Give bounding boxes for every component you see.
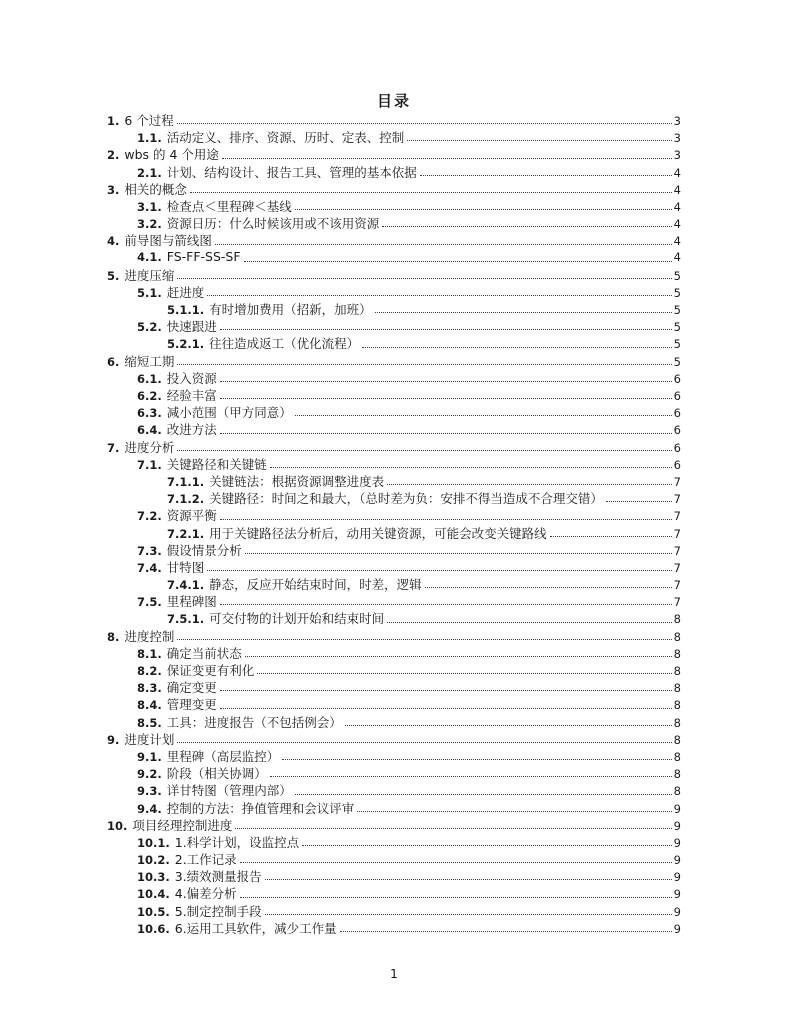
toc-entry-page: 3 xyxy=(674,148,681,162)
toc-entry-text: 进度压缩 xyxy=(124,266,174,284)
toc-leader-dots xyxy=(245,656,672,657)
toc-entry-number: 8.3. xyxy=(137,681,162,695)
toc-entry[interactable]: 9.1.里程碑（高层监控）8 xyxy=(107,747,681,764)
toc-leader-dots xyxy=(220,604,672,605)
toc-entry-number: 6.4. xyxy=(137,423,162,437)
toc-entry-number: 6.3. xyxy=(137,406,162,420)
toc-entry-page: 7 xyxy=(674,578,681,592)
toc-entry-page: 9 xyxy=(674,802,681,816)
toc-entry-page: 4 xyxy=(674,217,681,231)
toc-entry-number: 2.1. xyxy=(137,166,162,180)
toc-entry-page: 7 xyxy=(674,561,681,575)
toc-entry-page: 6 xyxy=(674,458,681,472)
toc-entry-page: 8 xyxy=(674,647,681,661)
toc-entry-number: 7.2. xyxy=(137,509,162,523)
toc-entry-page: 6 xyxy=(674,406,681,420)
toc-entry-number: 10.2. xyxy=(137,853,170,867)
toc-entry-number: 7. xyxy=(107,441,119,455)
toc-entry-number: 10.5. xyxy=(137,905,170,919)
toc-entry-text: 进度控制 xyxy=(124,627,174,645)
toc-title: 目录 xyxy=(107,90,681,111)
toc-entry-number: 1.1. xyxy=(137,131,162,145)
toc-leader-dots xyxy=(177,639,671,640)
toc-entry-page: 8 xyxy=(674,733,681,747)
toc-leader-dots xyxy=(215,244,672,245)
toc-entry[interactable]: 10.2.2.工作记录9 xyxy=(107,850,681,867)
toc-entry[interactable]: 5.2.1.往往造成返工（优化流程）5 xyxy=(107,334,681,351)
toc-entry[interactable]: 9.进度计划8 xyxy=(107,730,681,747)
toc-entry[interactable]: 10.6.6.运用工具软件，减少工作量9 xyxy=(107,919,681,936)
toc-entry-text: 关键路径：时间之和最大，（总时差为负：安排不得当造成不合理交错） xyxy=(209,489,603,507)
toc-entry-number: 4. xyxy=(107,234,119,248)
toc-entry[interactable]: 7.4.甘特图7 xyxy=(107,558,681,575)
toc-entry[interactable]: 7.1.2.关键路径：时间之和最大，（总时差为负：安排不得当造成不合理交错）7 xyxy=(107,489,681,506)
toc-entry-number: 5.1.1. xyxy=(167,303,204,317)
toc-entry-page: 7 xyxy=(674,595,681,609)
toc-list: 1.6 个过程31.1.活动定义、排序、资源、历时、定表、控制32.wbs 的 … xyxy=(107,111,681,936)
toc-entry-number: 6.1. xyxy=(137,372,162,386)
toc-entry[interactable]: 4.1.FS-FF-SS-SF4 xyxy=(107,249,681,266)
toc-entry[interactable]: 8.1.确定当前状态8 xyxy=(107,644,681,661)
toc-leader-dots xyxy=(220,398,672,399)
toc-entry-page: 7 xyxy=(674,544,681,558)
toc-entry[interactable]: 1.6 个过程3 xyxy=(107,111,681,128)
toc-entry-text: 确定变更 xyxy=(167,678,217,696)
toc-entry-page: 5 xyxy=(674,337,681,351)
toc-entry[interactable]: 7.1.1.关键链法：根据资源调整进度表7 xyxy=(107,472,681,489)
toc-entry[interactable]: 5.1.1.有时增加费用（招新，加班）5 xyxy=(107,300,681,317)
toc-entry-number: 7.3. xyxy=(137,544,162,558)
toc-leader-dots xyxy=(177,742,671,743)
toc-leader-dots xyxy=(295,209,672,210)
toc-entry-text: 活动定义、排序、资源、历时、定表、控制 xyxy=(167,128,405,146)
toc-entry-page: 9 xyxy=(674,853,681,867)
toc-leader-dots xyxy=(177,450,671,451)
toc-entry-number: 9. xyxy=(107,733,119,747)
toc-entry-number: 5. xyxy=(107,269,119,283)
toc-entry-text: 里程碑图 xyxy=(167,592,217,610)
toc-leader-dots xyxy=(425,587,672,588)
toc-entry[interactable]: 10.项目经理控制进度9 xyxy=(107,816,681,833)
toc-entry-text: 4.偏差分析 xyxy=(175,884,237,902)
toc-entry-text: 进度计划 xyxy=(124,730,174,748)
toc-entry-number: 10.1. xyxy=(137,836,170,850)
toc-entry[interactable]: 6.4.改进方法6 xyxy=(107,420,681,437)
toc-entry[interactable]: 9.4.控制的方法：挣值管理和会议评审9 xyxy=(107,799,681,816)
toc-leader-dots xyxy=(550,536,672,537)
toc-entry[interactable]: 6.1.投入资源6 xyxy=(107,369,681,386)
toc-entry-text: 检查点＜里程碑＜基线 xyxy=(167,197,292,215)
toc-entry[interactable]: 1.1.活动定义、排序、资源、历时、定表、控制3 xyxy=(107,128,681,145)
toc-entry[interactable]: 8.进度控制8 xyxy=(107,627,681,644)
toc-leader-dots xyxy=(345,725,672,726)
toc-leader-dots xyxy=(177,364,671,365)
toc-entry-text: 管理变更 xyxy=(167,695,217,713)
toc-entry-number: 9.3. xyxy=(137,784,162,798)
toc-entry-page: 5 xyxy=(674,303,681,317)
toc-entry-page: 7 xyxy=(674,492,681,506)
toc-entry-number: 5.1. xyxy=(137,286,162,300)
toc-leader-dots xyxy=(220,519,672,520)
toc-entry-text: 投入资源 xyxy=(167,369,217,387)
toc-entry-text: 相关的概念 xyxy=(124,180,187,198)
toc-leader-dots xyxy=(295,415,672,416)
toc-entry-page: 8 xyxy=(674,612,681,626)
toc-entry-page: 9 xyxy=(674,905,681,919)
toc-entry[interactable]: 6.2.经验丰富6 xyxy=(107,386,681,403)
toc-entry[interactable]: 8.5.工具：进度报告（不包括例会）8 xyxy=(107,713,681,730)
toc-entry-text: 详甘特图（管理内部） xyxy=(167,781,292,799)
toc-entry-text: 减小范围（甲方同意） xyxy=(167,403,292,421)
toc-entry-text: wbs 的 4 个用途 xyxy=(124,145,219,163)
toc-entry-number: 8.1. xyxy=(137,647,162,661)
toc-entry-number: 7.4.1. xyxy=(167,578,204,592)
toc-entry-number: 10.6. xyxy=(137,922,170,936)
toc-leader-dots xyxy=(265,914,672,915)
toc-entry-number: 5.2.1. xyxy=(167,337,204,351)
toc-entry-page: 5 xyxy=(674,355,681,369)
toc-leader-dots xyxy=(375,312,672,313)
toc-leader-dots xyxy=(220,690,672,691)
toc-entry[interactable]: 2.wbs 的 4 个用途3 xyxy=(107,145,681,162)
toc-leader-dots xyxy=(207,295,671,296)
toc-entry-text: FS-FF-SS-SF xyxy=(167,249,241,264)
toc-entry[interactable]: 7.进度分析6 xyxy=(107,438,681,455)
toc-entry-page: 8 xyxy=(674,750,681,764)
toc-entry-number: 10. xyxy=(107,819,127,833)
toc-entry-page: 3 xyxy=(674,114,681,128)
toc-leader-dots xyxy=(340,931,672,932)
toc-entry-page: 5 xyxy=(674,320,681,334)
toc-entry[interactable]: 9.3.详甘特图（管理内部）8 xyxy=(107,781,681,798)
toc-entry-page: 9 xyxy=(674,887,681,901)
toc-leader-dots xyxy=(245,553,672,554)
toc-entry-number: 7.5.1. xyxy=(167,612,204,626)
toc-entry[interactable]: 7.2.1.用于关键路径法分析后，动用关键资源，可能会改变关键路线7 xyxy=(107,524,681,541)
toc-entry-text: 缩短工期 xyxy=(124,352,174,370)
toc-entry-page: 8 xyxy=(674,681,681,695)
toc-entry-text: 有时增加费用（招新，加班） xyxy=(209,300,372,318)
toc-entry[interactable]: 2.1.计划、结构设计、报告工具、管理的基本依据4 xyxy=(107,163,681,180)
toc-leader-dots xyxy=(606,501,672,502)
toc-leader-dots xyxy=(387,484,672,485)
toc-entry[interactable]: 9.2.阶段（相关协调）8 xyxy=(107,764,681,781)
toc-entry-text: 关键路径和关键链 xyxy=(167,455,267,473)
toc-entry[interactable]: 8.3.确定变更8 xyxy=(107,678,681,695)
toc-entry-text: 假设情景分析 xyxy=(167,541,242,559)
toc-entry-text: 资源平衡 xyxy=(167,506,217,524)
toc-entry-page: 7 xyxy=(674,527,681,541)
toc-entry-text: 可交付物的计划开始和结束时间 xyxy=(209,609,384,627)
toc-entry[interactable]: 3.2.资源日历：什么时候该用或不该用资源4 xyxy=(107,214,681,231)
toc-entry[interactable]: 7.3.假设情景分析7 xyxy=(107,541,681,558)
toc-leader-dots xyxy=(257,673,671,674)
toc-entry-page: 4 xyxy=(674,234,681,248)
toc-entry-text: 工具：进度报告（不包括例会） xyxy=(167,713,342,731)
toc-leader-dots xyxy=(382,226,671,227)
toc-leader-dots xyxy=(420,175,672,176)
toc-leader-dots xyxy=(270,776,672,777)
toc-entry-page: 6 xyxy=(674,389,681,403)
toc-entry-number: 9.1. xyxy=(137,750,162,764)
toc-leader-dots xyxy=(302,845,671,846)
toc-leader-dots xyxy=(177,278,671,279)
toc-entry[interactable]: 6.3.减小范围（甲方同意）6 xyxy=(107,403,681,420)
toc-entry-number: 8.2. xyxy=(137,664,162,678)
toc-leader-dots xyxy=(240,897,672,898)
toc-entry-text: 2.工作记录 xyxy=(175,850,237,868)
toc-entry-text: 5.制定控制手段 xyxy=(175,902,262,920)
toc-entry-page: 7 xyxy=(674,475,681,489)
toc-entry-text: 往往造成返工（优化流程） xyxy=(209,334,359,352)
toc-leader-dots xyxy=(190,192,672,193)
toc-entry[interactable]: 4.前导图与箭线图4 xyxy=(107,231,681,248)
toc-entry[interactable]: 8.4.管理变更8 xyxy=(107,695,681,712)
toc-entry-text: 用于关键路径法分析后，动用关键资源，可能会改变关键路线 xyxy=(209,524,547,542)
toc-entry-number: 10.3. xyxy=(137,870,170,884)
toc-entry-text: 甘特图 xyxy=(167,558,205,576)
toc-entry-text: 快速跟进 xyxy=(167,317,217,335)
toc-entry[interactable]: 3.相关的概念4 xyxy=(107,180,681,197)
toc-entry-number: 7.1. xyxy=(137,458,162,472)
toc-entry-number: 2. xyxy=(107,148,119,162)
toc-leader-dots xyxy=(220,329,672,330)
toc-leader-dots xyxy=(220,708,672,709)
toc-entry[interactable]: 5.2.快速跟进5 xyxy=(107,317,681,334)
toc-entry-page: 4 xyxy=(674,250,681,264)
toc-entry-number: 3.2. xyxy=(137,217,162,231)
toc-leader-dots xyxy=(295,794,672,795)
toc-leader-dots xyxy=(282,759,671,760)
toc-entry-text: 计划、结构设计、报告工具、管理的基本依据 xyxy=(167,163,417,181)
toc-entry[interactable]: 10.5.5.制定控制手段9 xyxy=(107,902,681,919)
toc-entry-number: 1. xyxy=(107,114,119,128)
footer-page-number: 1 xyxy=(107,966,681,981)
toc-leader-dots xyxy=(235,828,671,829)
toc-entry-text: 经验丰富 xyxy=(167,386,217,404)
toc-entry-text: 6 个过程 xyxy=(124,111,173,129)
toc-entry-number: 4.1. xyxy=(137,250,162,264)
toc-entry-text: 1.科学计划，设监控点 xyxy=(175,833,299,851)
toc-entry-text: 前导图与箭线图 xyxy=(124,231,212,249)
toc-entry-number: 5.2. xyxy=(137,320,162,334)
toc-entry-page: 6 xyxy=(674,372,681,386)
toc-entry[interactable]: 7.2.资源平衡7 xyxy=(107,506,681,523)
toc-entry-page: 3 xyxy=(674,131,681,145)
toc-entry-page: 8 xyxy=(674,630,681,644)
toc-entry-page: 5 xyxy=(674,286,681,300)
toc-entry[interactable]: 6.缩短工期5 xyxy=(107,352,681,369)
toc-entry-page: 8 xyxy=(674,716,681,730)
toc-leader-dots xyxy=(407,140,671,141)
toc-leader-dots xyxy=(220,433,672,434)
toc-leader-dots xyxy=(220,381,672,382)
toc-entry-page: 9 xyxy=(674,870,681,884)
toc-entry-number: 3. xyxy=(107,183,119,197)
toc-entry-page: 7 xyxy=(674,509,681,523)
toc-leader-dots xyxy=(357,811,671,812)
toc-entry-page: 4 xyxy=(674,183,681,197)
toc-entry[interactable]: 7.5.1.可交付物的计划开始和结束时间8 xyxy=(107,609,681,626)
toc-entry-text: 静态，反应开始结束时间，时差，逻辑 xyxy=(209,575,422,593)
toc-leader-dots xyxy=(270,467,672,468)
toc-entry-text: 赶进度 xyxy=(167,283,205,301)
toc-entry[interactable]: 10.4.4.偏差分析9 xyxy=(107,884,681,901)
toc-entry-page: 8 xyxy=(674,784,681,798)
toc-entry-number: 6. xyxy=(107,355,119,369)
toc-entry-text: 确定当前状态 xyxy=(167,644,242,662)
toc-entry-page: 6 xyxy=(674,441,681,455)
toc-entry[interactable]: 5.1.赶进度5 xyxy=(107,283,681,300)
toc-entry-page: 4 xyxy=(674,200,681,214)
toc-entry-text: 阶段（相关协调） xyxy=(167,764,267,782)
toc-entry-text: 进度分析 xyxy=(124,438,174,456)
toc-leader-dots xyxy=(265,879,672,880)
toc-entry-number: 7.1.1. xyxy=(167,475,204,489)
toc-entry-page: 5 xyxy=(674,269,681,283)
toc-leader-dots xyxy=(244,261,672,262)
toc-leader-dots xyxy=(207,570,671,571)
toc-entry-number: 7.4. xyxy=(137,561,162,575)
toc-entry[interactable]: 3.1.检查点＜里程碑＜基线4 xyxy=(107,197,681,214)
toc-entry-text: 改进方法 xyxy=(167,420,217,438)
toc-entry[interactable]: 10.3.3.绩效测量报告9 xyxy=(107,867,681,884)
toc-entry-number: 9.2. xyxy=(137,767,162,781)
toc-entry[interactable]: 10.1.1.科学计划，设监控点9 xyxy=(107,833,681,850)
toc-entry-page: 8 xyxy=(674,698,681,712)
toc-entry-text: 控制的方法：挣值管理和会议评审 xyxy=(167,799,355,817)
toc-entry[interactable]: 7.4.1.静态，反应开始结束时间，时差，逻辑7 xyxy=(107,575,681,592)
toc-entry-number: 7.2.1. xyxy=(167,527,204,541)
toc-entry-number: 7.5. xyxy=(137,595,162,609)
toc-entry-text: 关键链法：根据资源调整进度表 xyxy=(209,472,384,490)
toc-entry-number: 8. xyxy=(107,630,119,644)
toc-entry[interactable]: 7.5.里程碑图7 xyxy=(107,592,681,609)
toc-entry-number: 7.1.2. xyxy=(167,492,204,506)
toc-entry-number: 9.4. xyxy=(137,802,162,816)
toc-entry-page: 6 xyxy=(674,423,681,437)
toc-leader-dots xyxy=(387,622,672,623)
toc-entry-number: 3.1. xyxy=(137,200,162,214)
toc-entry-text: 6.运用工具软件，减少工作量 xyxy=(175,919,337,937)
toc-entry[interactable]: 8.2.保证变更有利化8 xyxy=(107,661,681,678)
toc-leader-dots xyxy=(177,123,672,124)
toc-leader-dots xyxy=(222,158,672,159)
toc-entry-number: 8.4. xyxy=(137,698,162,712)
toc-leader-dots xyxy=(362,347,672,348)
toc-entry-number: 10.4. xyxy=(137,887,170,901)
toc-entry-page: 8 xyxy=(674,664,681,678)
toc-entry-text: 保证变更有利化 xyxy=(167,661,255,679)
toc-entry-text: 3.绩效测量报告 xyxy=(175,867,262,885)
toc-entry-page: 9 xyxy=(674,819,681,833)
toc-entry-number: 8.5. xyxy=(137,716,162,730)
toc-entry[interactable]: 5.进度压缩5 xyxy=(107,266,681,283)
toc-entry-text: 里程碑（高层监控） xyxy=(167,747,280,765)
document-page: 目录 1.6 个过程31.1.活动定义、排序、资源、历时、定表、控制32.wbs… xyxy=(0,0,800,1035)
toc-entry-page: 8 xyxy=(674,767,681,781)
toc-entry[interactable]: 7.1.关键路径和关键链6 xyxy=(107,455,681,472)
toc-entry-page: 9 xyxy=(674,836,681,850)
toc-leader-dots xyxy=(240,862,672,863)
toc-entry-text: 项目经理控制进度 xyxy=(132,816,232,834)
toc-entry-number: 6.2. xyxy=(137,389,162,403)
toc-entry-page: 9 xyxy=(674,922,681,936)
toc-entry-page: 4 xyxy=(674,166,681,180)
toc-entry-text: 资源日历：什么时候该用或不该用资源 xyxy=(167,214,380,232)
